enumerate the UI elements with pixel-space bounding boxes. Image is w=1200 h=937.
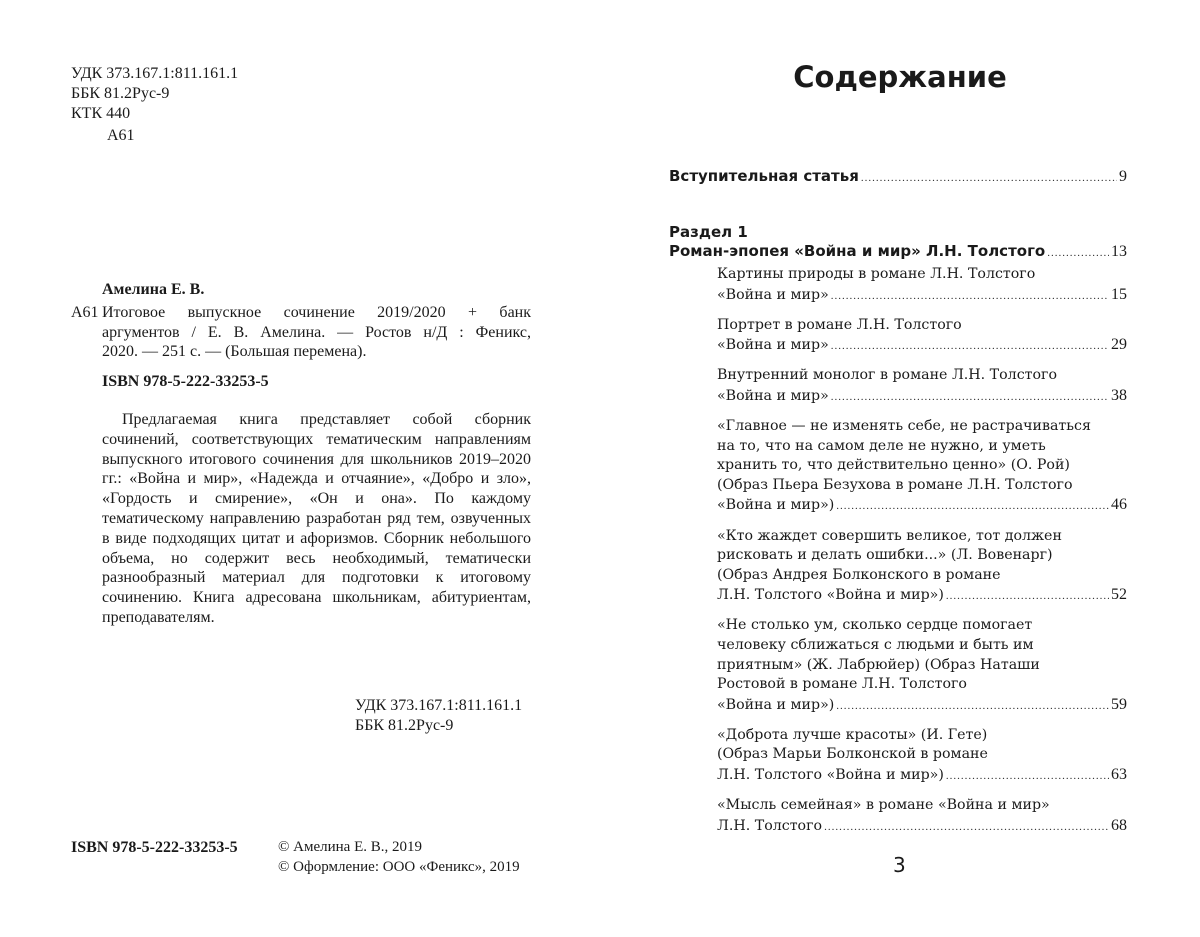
page-number: 3 <box>893 853 906 877</box>
classification-codes: УДК 373.167.1:811.161.1 ББК 81.2Рус-9 КТ… <box>71 64 238 147</box>
toc-entry-lines: Портрет в романе Л.Н. Толстого <box>717 316 1127 336</box>
toc-page-number: 38 <box>1111 386 1127 406</box>
toc-entry-line: человеку сближаться с людьми и быть им <box>717 636 1127 656</box>
toc-entry-intro[interactable]: Вступительная статья 9 <box>669 167 1127 186</box>
toc-entry-last-row: «Война и мир») 46 <box>717 495 1127 517</box>
toc-entry[interactable]: Внутренний монолог в романе Л.Н. Толстог… <box>717 366 1127 407</box>
author-name: Амелина Е. В. <box>102 281 204 299</box>
toc-entry-last-row: Л.Н. Толстого «Война и мир») 52 <box>717 585 1127 607</box>
toc-entry-lines: «Мысль семейная» в романе «Война и мир» <box>717 796 1127 816</box>
toc-entry-line: «Доброта лучше красоты» (И. Гете) <box>717 726 1127 746</box>
toc-entry-line: (Образ Пьера Безухова в романе Л.Н. Толс… <box>717 476 1127 496</box>
toc-entry-last-row: Л.Н. Толстого «Война и мир») 63 <box>717 765 1127 787</box>
biblio-text: Итоговое выпускное сочинение 2019/2020 +… <box>102 303 531 362</box>
toc-entry-label: «Война и мир») <box>717 496 834 516</box>
dot-leader <box>946 587 1109 607</box>
dot-leader <box>946 767 1109 787</box>
toc-page-number: 46 <box>1111 495 1127 515</box>
toc-entry-label: Л.Н. Толстого <box>717 817 822 837</box>
dot-leader <box>836 497 1109 517</box>
toc-entry-line: на то, что на самом деле не нужно, и уме… <box>717 437 1127 457</box>
toc-entry-line: «Мысль семейная» в романе «Война и мир» <box>717 796 1127 816</box>
bbk-code: ББК 81.2Рус-9 <box>355 716 522 736</box>
toc-entry-label: «Война и мир» <box>717 286 829 306</box>
toc-entry-line: Ростовой в романе Л.Н. Толстого <box>717 675 1127 695</box>
toc-entry-label: Л.Н. Толстого «Война и мир») <box>717 766 944 786</box>
toc-entry[interactable]: «Доброта лучше красоты» (И. Гете)(Образ … <box>717 726 1127 787</box>
biblio-line: аргументов / Е. В. Амелина. — Ростов н/Д… <box>102 323 531 343</box>
biblio-line: Итоговое выпускное сочинение 2019/2020 +… <box>102 303 531 323</box>
toc-entry-label: «Война и мир» <box>717 387 829 407</box>
toc-title-text: Содержание <box>793 60 1007 94</box>
toc-page-number: 59 <box>1111 695 1127 715</box>
toc-entry-last-row: «Война и мир» 15 <box>717 285 1127 307</box>
biblio-code: А61 <box>71 303 99 323</box>
toc-page-number: 52 <box>1111 585 1127 605</box>
toc-page-number: 29 <box>1111 335 1127 355</box>
toc-entry-last-row: Л.Н. Толстого 68 <box>717 816 1127 838</box>
toc-entry-line: «Не столько ум, сколько сердце помогает <box>717 616 1127 636</box>
isbn: ISBN 978-5-222-33253-5 <box>102 373 269 391</box>
toc-entry[interactable]: Картины природы в романе Л.Н. Толстого «… <box>717 265 1127 306</box>
bibliographic-record: А61 Итоговое выпускное сочинение 2019/20… <box>71 303 531 362</box>
toc-entry[interactable]: «Не столько ум, сколько сердце помогаетч… <box>717 616 1127 716</box>
toc-entry-line: хранить то, что действительно ценно» (О.… <box>717 456 1127 476</box>
toc-title: Содержание <box>600 60 1200 94</box>
toc-entry-last-row: «Война и мир» 29 <box>717 335 1127 357</box>
toc-page-number: 63 <box>1111 765 1127 785</box>
toc-entry-line: «Главное — не изменять себе, не растрачи… <box>717 417 1127 437</box>
udk-code: УДК 373.167.1:811.161.1 <box>355 696 522 716</box>
abstract: Предлагаемая книга представляет собой сб… <box>102 410 531 628</box>
isbn-bottom: ISBN 978-5-222-33253-5 <box>71 839 238 857</box>
table-of-contents: Вступительная статья 9 Раздел 1 Роман-эп… <box>669 167 1127 847</box>
toc-entry-section[interactable]: Роман-эпопея «Война и мир» Л.Н. Толстого… <box>669 242 1127 261</box>
dot-leader <box>836 697 1109 717</box>
dot-leader <box>831 337 1109 357</box>
toc-entry-lines: «Кто жаждет совершить великое, тот долже… <box>717 527 1127 586</box>
toc-entry-line: (Образ Марьи Болконской в романе <box>717 745 1127 765</box>
left-page: УДК 373.167.1:811.161.1 ББК 81.2Рус-9 КТ… <box>0 0 600 937</box>
author-sign: А61 <box>71 124 238 147</box>
ktk-code: КТК 440 <box>71 104 238 124</box>
toc-entry-line: Портрет в романе Л.Н. Толстого <box>717 316 1127 336</box>
toc-sub-entries: Картины природы в романе Л.Н. Толстого «… <box>669 265 1127 837</box>
toc-entry[interactable]: Портрет в романе Л.Н. Толстого «Война и … <box>717 316 1127 357</box>
classification-codes-bottom: УДК 373.167.1:811.161.1 ББК 81.2Рус-9 <box>355 696 522 736</box>
dot-leader <box>1047 247 1109 259</box>
copyright: © Амелина Е. В., 2019 © Оформление: ООО … <box>278 837 520 877</box>
toc-page-number: 9 <box>1119 168 1127 186</box>
toc-entry-last-row: «Война и мир») 59 <box>717 695 1127 717</box>
dot-leader <box>861 172 1117 184</box>
right-page: Содержание Вступительная статья 9 Раздел… <box>600 0 1200 937</box>
toc-entry-last-row: «Война и мир» 38 <box>717 386 1127 408</box>
dot-leader <box>831 287 1109 307</box>
toc-entry-line: Внутренний монолог в романе Л.Н. Толстог… <box>717 366 1127 386</box>
toc-entry-label: Вступительная статья <box>669 167 859 185</box>
dot-leader <box>831 388 1109 408</box>
toc-entry-lines: «Доброта лучше красоты» (И. Гете)(Образ … <box>717 726 1127 765</box>
toc-entry-line: «Кто жаждет совершить великое, тот долже… <box>717 527 1127 547</box>
dot-leader <box>824 818 1109 838</box>
toc-entry[interactable]: «Мысль семейная» в романе «Война и мир» … <box>717 796 1127 837</box>
toc-page-number: 68 <box>1111 816 1127 836</box>
toc-entry-lines: Картины природы в романе Л.Н. Толстого <box>717 265 1127 285</box>
toc-entry-line: Картины природы в романе Л.Н. Толстого <box>717 265 1127 285</box>
toc-entry-label: «Война и мир») <box>717 696 834 716</box>
toc-entry-label: Л.Н. Толстого «Война и мир») <box>717 586 944 606</box>
udk-code: УДК 373.167.1:811.161.1 <box>71 64 238 84</box>
toc-entry[interactable]: «Кто жаждет совершить великое, тот долже… <box>717 527 1127 607</box>
toc-entry[interactable]: «Главное — не изменять себе, не растрачи… <box>717 417 1127 517</box>
toc-entry-lines: «Не столько ум, сколько сердце помогаетч… <box>717 616 1127 694</box>
toc-entry-line: приятным» (Ж. Лабрюйер) (Образ Наташи <box>717 656 1127 676</box>
toc-entry-label: «Война и мир» <box>717 336 829 356</box>
section-heading: Раздел 1 <box>669 222 1127 242</box>
toc-entry-lines: Внутренний монолог в романе Л.Н. Толстог… <box>717 366 1127 386</box>
toc-page-number: 13 <box>1111 243 1127 261</box>
toc-page-number: 15 <box>1111 285 1127 305</box>
toc-entry-lines: «Главное — не изменять себе, не растрачи… <box>717 417 1127 495</box>
copyright-design: © Оформление: ООО «Феникс», 2019 <box>278 857 520 877</box>
bbk-code: ББК 81.2Рус-9 <box>71 84 238 104</box>
toc-entry-line: рисковать и делать ошибки...» (Л. Вовена… <box>717 546 1127 566</box>
biblio-line: 2020. — 251 с. — (Большая перемена). <box>102 342 531 362</box>
toc-entry-label: Роман-эпопея «Война и мир» Л.Н. Толстого <box>669 242 1045 260</box>
copyright-author: © Амелина Е. В., 2019 <box>278 837 520 857</box>
toc-entry-line: (Образ Андрея Болконского в романе <box>717 566 1127 586</box>
